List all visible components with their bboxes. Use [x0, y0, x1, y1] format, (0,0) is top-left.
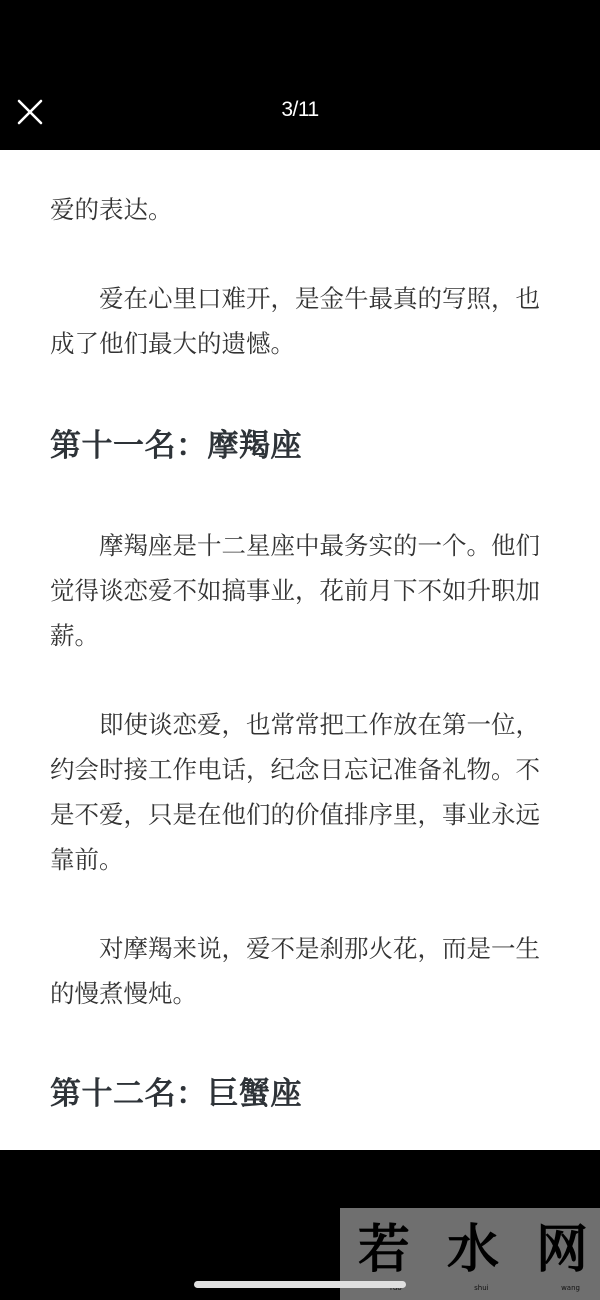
viewer-header: 3/11: [0, 0, 600, 150]
paragraph: 爱在心里口难开，是金牛最真的写照，也成了他们最大的遗憾。: [50, 276, 555, 366]
paragraph: 爱的表达。: [50, 187, 555, 232]
watermark-subtext: ruo shui wang: [390, 1284, 580, 1292]
section-heading: 第十一名：摩羯座: [50, 424, 555, 468]
section-heading: 第十二名：巨蟹座: [50, 1072, 555, 1116]
bottom-bar: 若 水 网 ruo shui wang: [0, 1150, 600, 1300]
article-body: 爱的表达。 爱在心里口难开，是金牛最真的写照，也成了他们最大的遗憾。 第十一名：…: [50, 150, 555, 1116]
paragraph: 即使谈恋爱，也常常把工作放在第一位，约会时接工作电话，纪念日忘记准备礼物。不是不…: [50, 702, 555, 882]
paragraph: 摩羯座是十二星座中最务实的一个。他们觉得谈恋爱不如搞事业，花前月下不如升职加薪。: [50, 523, 555, 658]
article-page[interactable]: 爱的表达。 爱在心里口难开，是金牛最真的写照，也成了他们最大的遗憾。 第十一名：…: [0, 150, 600, 1150]
page-indicator: 3/11: [0, 98, 600, 122]
home-indicator[interactable]: [194, 1281, 406, 1288]
paragraph: 对摩羯来说，爱不是刹那火花，而是一生的慢煮慢炖。: [50, 926, 555, 1016]
watermark-text: 若 水 网: [358, 1222, 588, 1278]
